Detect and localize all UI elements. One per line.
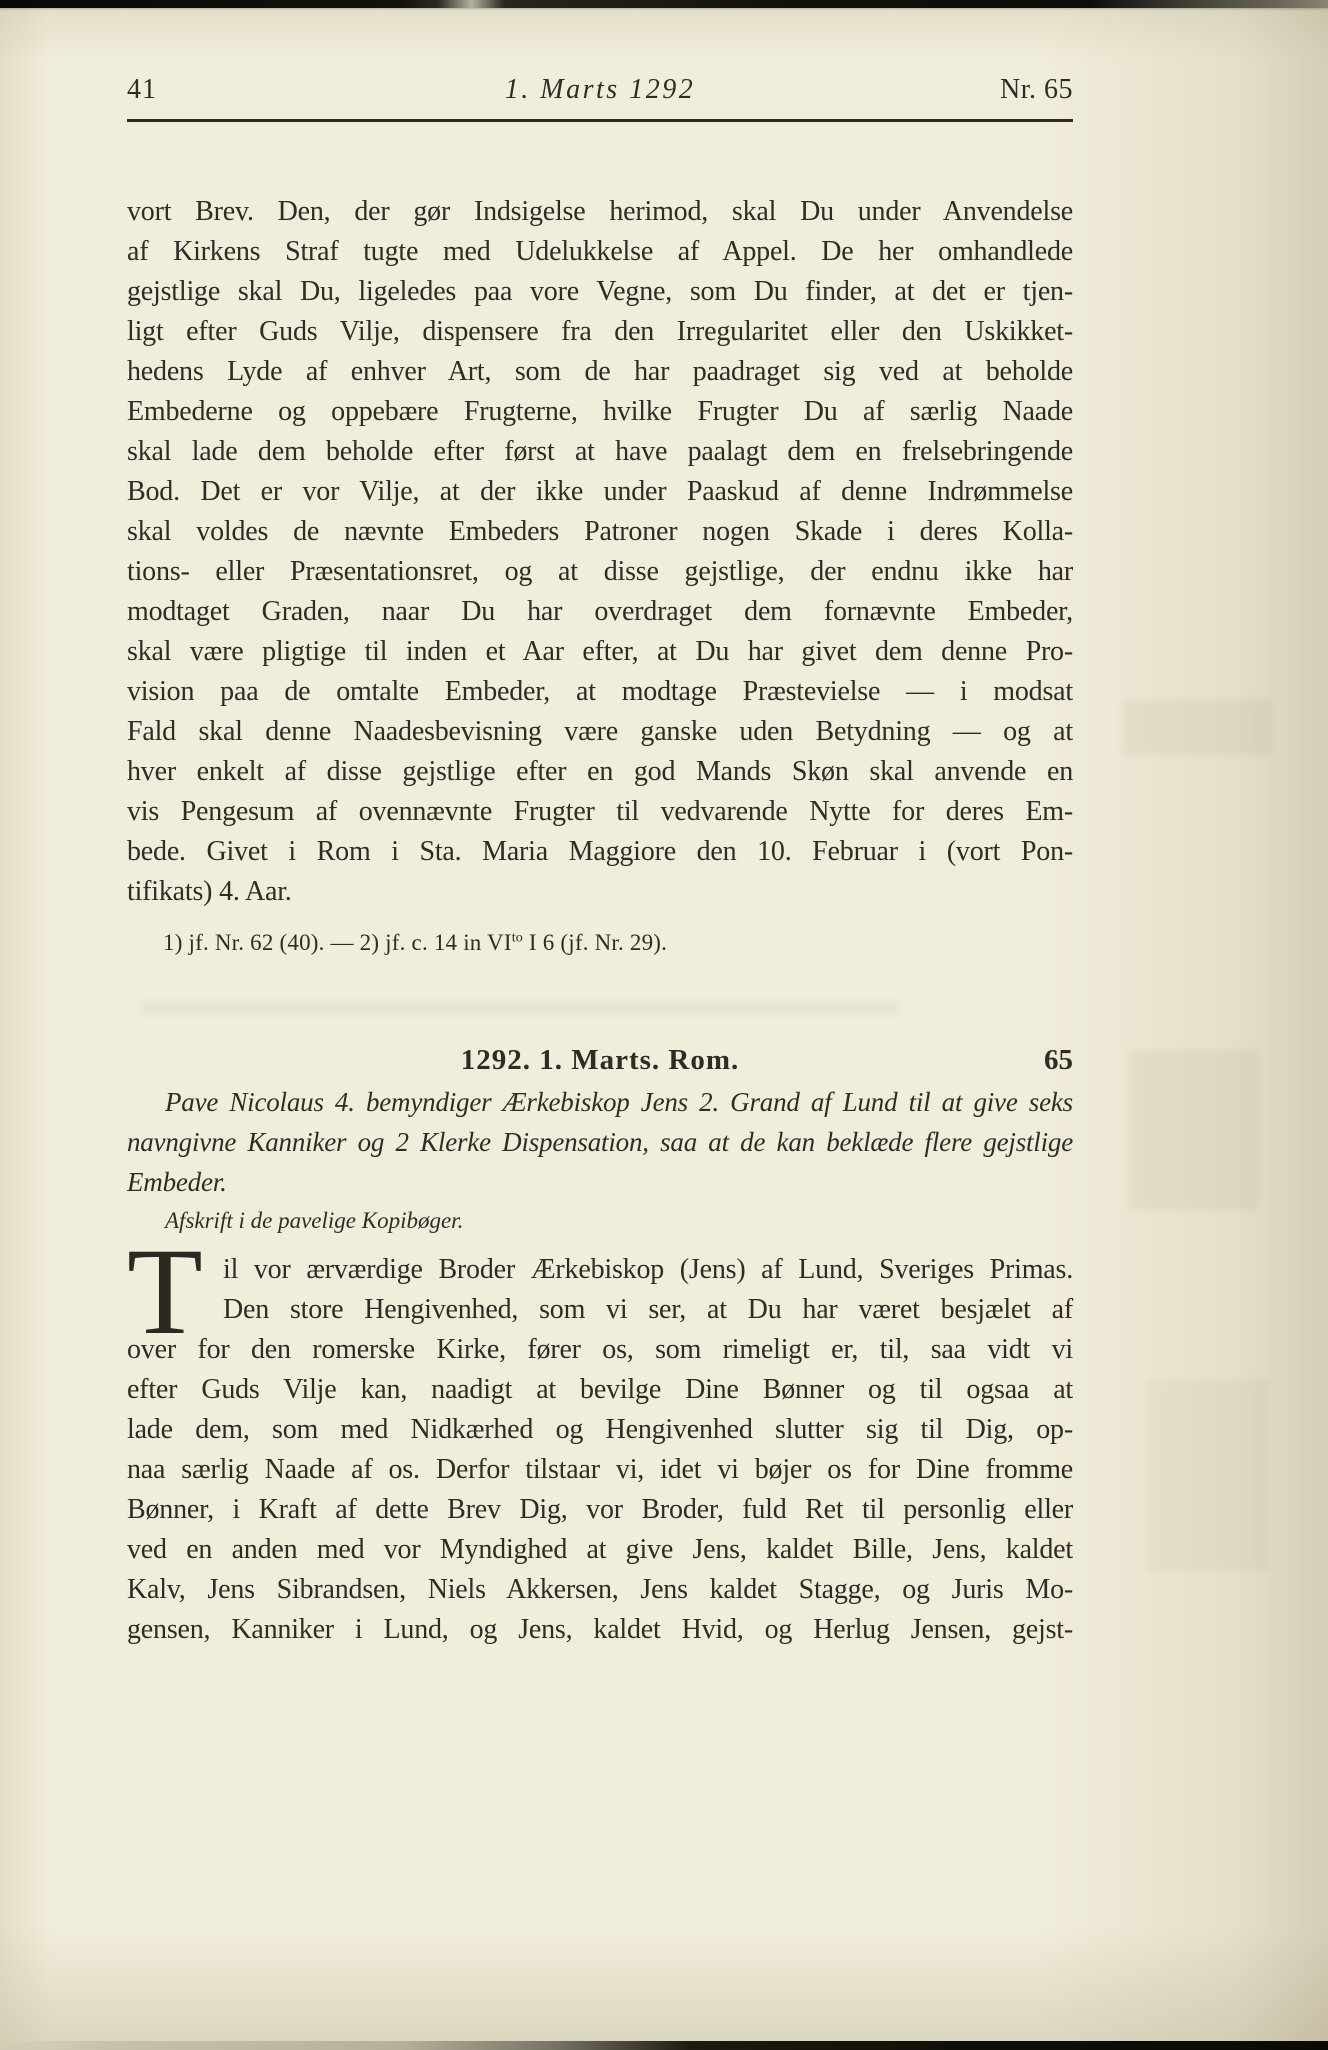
text-line: skal lade dem beholde efter først at hav… [127,432,1073,472]
text-line: Embederne og oppebære Frugterne, hvilke … [127,392,1073,432]
footnote-superscript: to [512,930,523,945]
text-line: vis Pengesum af ovennævnte Frugter til v… [127,792,1073,832]
text-line: af Kirkens Straf tugte med Udelukkelse a… [127,232,1073,272]
letter-line: over for den romerske Kirke, fører os, s… [127,1330,1073,1370]
text-line: ligt efter Guds Vilje, dispensere fra de… [127,312,1073,352]
text-line: vision paa de omtalte Embeder, at modtag… [127,672,1073,712]
letter-text: T il vor ærværdige Broder Ærkebiskop (Je… [127,1250,1073,1650]
scanned-book-page: 41 1. Marts 1292 Nr. 65 vort Brev. Den, … [0,0,1328,2050]
text-line: modtaget Graden, naar Du har overdraget … [127,592,1073,632]
letter-line: il vor ærværdige Broder Ærkebiskop (Jens… [127,1250,1073,1290]
summary-line: Embeder. [127,1162,1073,1202]
text-line: tifikats) 4. Aar. [127,872,1073,912]
header-entry-number: Nr. 65 [1000,72,1073,108]
letter-line: lade dem, som med Nidkærhed og Hengivenh… [127,1410,1073,1450]
text-line: bede. Givet i Rom i Sta. Maria Maggiore … [127,832,1073,872]
letter-line: Bønner, i Kraft af dette Brev Dig, vor B… [127,1490,1073,1530]
summary-line: Pave Nicolaus 4. bemyndiger Ærkebiskop J… [127,1082,1073,1122]
text-line: hedens Lyde af enhver Art, som de har pa… [127,352,1073,392]
page-header: 41 1. Marts 1292 Nr. 65 [127,108,1073,122]
text-line: vort Brev. Den, der gør Indsigelse herim… [127,192,1073,232]
letter-line: Kalv, Jens Sibrandsen, Niels Akkersen, J… [127,1570,1073,1610]
footnote-text: I 6 (jf. Nr. 29). [523,930,667,955]
summary-line: navngivne Kanniker og 2 Klerke Dispensat… [127,1122,1073,1162]
text-line: skal voldes de nævnte Embeders Patroner … [127,512,1073,552]
bleed-through-smudge [1128,1050,1258,1210]
letter-line: gensen, Kanniker i Lund, og Jens, kaldet… [127,1610,1073,1650]
running-title: 1. Marts 1292 [127,72,1073,108]
text-line: Fald skal denne Naadesbevisning være gan… [127,712,1073,752]
letter-line: naa særlig Naade af os. Derfor tilstaar … [127,1450,1073,1490]
text-line: hver enkelt af disse gejstlige efter en … [127,752,1073,792]
letter-line: Den store Hengivenhed, som vi ser, at Du… [127,1290,1073,1330]
text-line: gejstlige skal Du, ligeledes paa vore Ve… [127,272,1073,312]
bleed-through-smudge [1123,700,1273,755]
drop-cap-initial: T [127,1230,203,1354]
continuation-paragraph: vort Brev. Den, der gør Indsigelse herim… [127,192,1073,912]
text-line: Bod. Det er vor Vilje, at der ikke under… [127,472,1073,512]
footnote-text: 1) jf. Nr. 62 (40). — 2) jf. c. 14 in VI [163,930,512,955]
entry-summary: Pave Nicolaus 4. bemyndiger Ærkebiskop J… [127,1082,1073,1202]
entry-heading: 1292. 1. Marts. Rom. 65 [127,1042,1073,1078]
text-line: tions- eller Præsentationsret, og at dis… [127,552,1073,592]
footnote: 1) jf. Nr. 62 (40). — 2) jf. c. 14 in VI… [127,928,1109,958]
text-column: 41 1. Marts 1292 Nr. 65 vort Brev. Den, … [127,0,1073,2050]
entry-heading-title: 1292. 1. Marts. Rom. [461,1044,740,1076]
letter-line: efter Guds Vilje kan, naadigt at bevilge… [127,1370,1073,1410]
text-line: skal være pligtige til inden et Aar efte… [127,632,1073,672]
bleed-through-smudge [1148,1380,1268,1570]
entry-number: 65 [1044,1042,1073,1078]
letter-line: ved en anden med vor Myndighed at give J… [127,1530,1073,1570]
